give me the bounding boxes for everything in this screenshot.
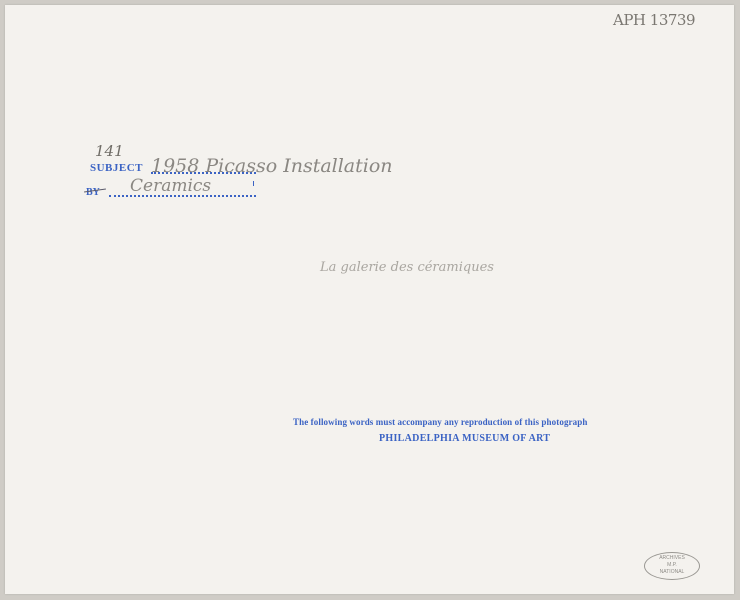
credit-line-institution: PHILADELPHIA MUSEUM OF ART <box>379 433 550 444</box>
credit-line-notice: The following words must accompany any r… <box>293 417 587 427</box>
archive-stamp-line1: ARCHIVES <box>645 555 699 562</box>
archive-stamp-line2: M.P. <box>645 562 699 569</box>
archive-stamp: ARCHIVES M.P. NATIONAL <box>644 552 700 580</box>
by-value: Ceramics <box>130 176 211 196</box>
photo-verso-paper: APH 13739 141 SUBJECT 1958 Picasso Insta… <box>5 5 734 594</box>
archive-stamp-line3: NATIONAL <box>645 569 699 576</box>
by-end-tick <box>253 181 254 186</box>
item-number: 141 <box>95 142 124 160</box>
caption: La galerie des céramiques <box>320 260 494 275</box>
subject-label: SUBJECT <box>90 162 143 174</box>
accession-number: APH 13739 <box>613 11 695 29</box>
subject-value: 1958 Picasso Installation <box>151 155 393 177</box>
